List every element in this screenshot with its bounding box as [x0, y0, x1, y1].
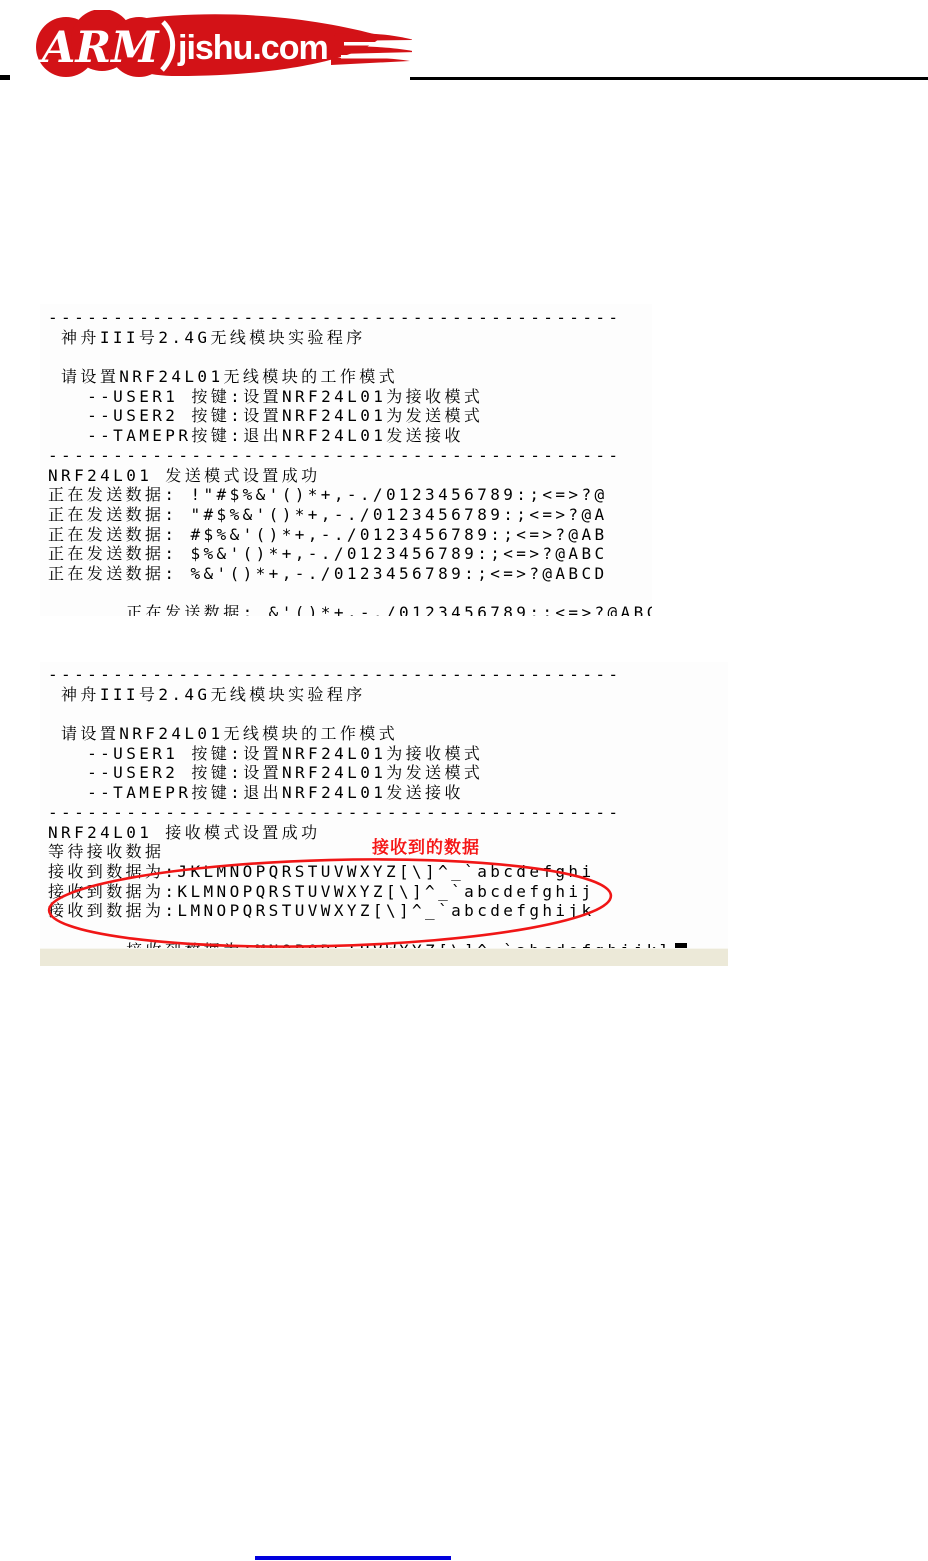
received-data-annotation: 接收到的数据 — [372, 833, 480, 858]
term1-program-title: 神舟III号2.4G无线模块实验程序 — [48, 328, 652, 348]
header-rule — [410, 77, 928, 80]
term2-program-title: 神舟III号2.4G无线模块实验程序 — [48, 685, 728, 705]
term1-sending-data-line: 正在发送数据: %&'()*+,-./0123456789:;<=>?@ABCD — [48, 564, 652, 584]
term1-dashed-rule: ----------------------------------------… — [48, 308, 652, 328]
term2-dashed-rule: ----------------------------------------… — [48, 665, 728, 685]
armjishu-logo: ARM jishu.com — [26, 10, 412, 82]
term1-user2-option: --USER2 按键:设置NRF24L01为发送模式 — [48, 406, 652, 426]
term1-sending-data-line: 正在发送数据: $%&'()*+,-./0123456789:;<=>?@ABC — [48, 544, 652, 564]
term1-user1-option: --USER1 按键:设置NRF24L01为接收模式 — [48, 387, 652, 407]
term2-received-data-line: 接收到数据为:MNOPQRSTUVWXYZ[\]^_`abcdefghijkl — [48, 921, 728, 941]
term2-blank-line — [48, 704, 728, 724]
term2-dashed-rule: ----------------------------------------… — [48, 803, 728, 823]
document-page: ARM jishu.com --------------------------… — [0, 0, 928, 1561]
terminal-scrollbar-strip[interactable] — [40, 948, 728, 966]
term2-received-data-line: 接收到数据为:LMNOPQRSTUVWXYZ[\]^_`abcdefghijk — [48, 901, 728, 921]
term1-sending-data-line: 正在发送数据: #$%&'()*+,-./0123456789:;<=>?@AB — [48, 525, 652, 545]
term1-sending-data-line: 正在发送数据: !"#$%&'()*+,-./0123456789:;<=>?@ — [48, 485, 652, 505]
header-rule-left-stub — [0, 75, 10, 80]
term1-tamper-option: --TAMEPR按键:退出NRF24L01发送接收 — [48, 426, 652, 446]
term2-tamper-option: --TAMEPR按键:退出NRF24L01发送接收 — [48, 783, 728, 803]
term2-mode-prompt: 请设置NRF24L01无线模块的工作模式 — [48, 724, 728, 744]
term2-user2-option: --USER2 按键:设置NRF24L01为发送模式 — [48, 763, 728, 783]
terminal-screenshot-send-mode: ----------------------------------------… — [40, 304, 652, 616]
term1-blank-line — [48, 347, 652, 367]
logo-domain-text: jishu.com — [177, 29, 328, 67]
term1-dashed-rule: ----------------------------------------… — [48, 446, 652, 466]
term2-user1-option: --USER1 按键:设置NRF24L01为接收模式 — [48, 744, 728, 764]
logo-arm-text: ARM — [38, 23, 160, 73]
term1-sending-data-line: 正在发送数据: "#$%&'()*+,-./0123456789:;<=>?@A — [48, 505, 652, 525]
footer-link-underline[interactable] — [255, 1556, 451, 1560]
term1-send-mode-status: NRF24L01 发送模式设置成功 — [48, 466, 652, 486]
terminal-screenshot-receive-mode: ----------------------------------------… — [40, 662, 728, 966]
term1-mode-prompt: 请设置NRF24L01无线模块的工作模式 — [48, 367, 652, 387]
term1-sending-data-text: 正在发送数据: &'()*+,-./0123456789:;<=>?@ABCDE — [126, 603, 652, 616]
term2-received-data-line: 接收到数据为:KLMNOPQRSTUVWXYZ[\]^_`abcdefghij — [48, 882, 728, 902]
term1-sending-data-line: 正在发送数据: &'()*+,-./0123456789:;<=>?@ABCDE — [48, 584, 652, 604]
term2-received-data-line: 接收到数据为:JKLMNOPQRSTUVWXYZ[\]^_`abcdefghi — [48, 862, 728, 882]
